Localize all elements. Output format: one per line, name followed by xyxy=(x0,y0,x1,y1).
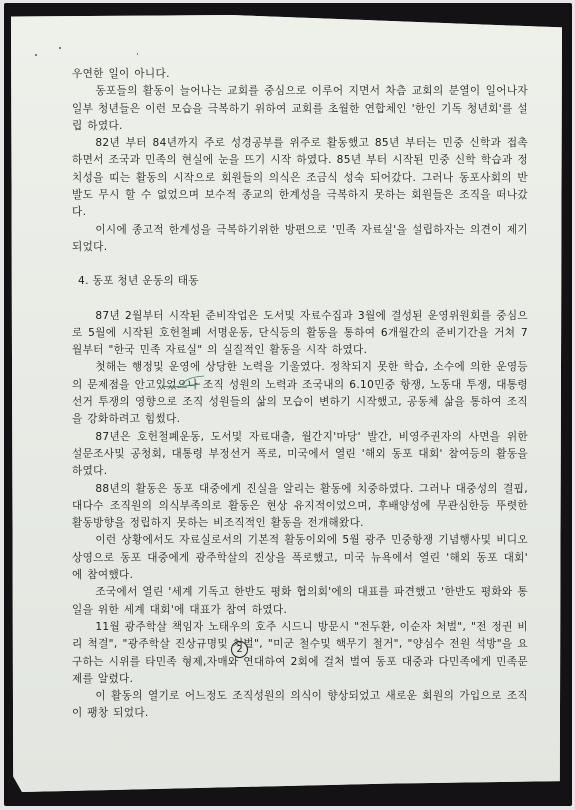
paragraph: 조국에서 열린 '세계 기독고 한반도 평화 협의회'에의 대표를 파견했고 '… xyxy=(72,584,528,619)
paragraph: 87년 2월부터 시작된 준비작업은 도서및 자료수집과 3월에 결성된 운영위… xyxy=(72,308,528,360)
paragraph: 82년 부터 84년까지 주로 성경공부를 위주로 활동했고 85년 부터는 민… xyxy=(72,135,528,221)
paragraph: 이시에 종고적 한계성을 극복하기위한 방편으로 '민족 자료실'을 설립하자는… xyxy=(72,222,528,257)
paragraph: 88년의 활동은 동포 대중에게 진실을 알리는 활동에 치중하였다. 그러나 … xyxy=(72,481,528,533)
page-number: 2 xyxy=(231,641,248,658)
opening-line: 우연한 일이 아니다. xyxy=(72,66,528,83)
dust-speck xyxy=(59,47,61,49)
document-body: 우연한 일이 아니다. 동포들의 활동이 늘어나는 교회를 중심으로 이루어 지… xyxy=(72,66,528,723)
paragraph: 이 활동의 열기로 어느정도 조직성원의 의식이 향상되었고 새로운 회원의 가… xyxy=(72,688,528,723)
paragraph: 이런 상황에서도 자료실로서의 기본적 활동이외에 5월 광주 민중항쟁 기념행… xyxy=(72,532,528,584)
dust-speck xyxy=(137,53,138,55)
paragraph: 첫해는 행정및 운영에 상당한 노력을 기울였다. 정착되지 못한 학습, 소수… xyxy=(72,359,528,428)
paragraph: 동포들의 활동이 늘어나는 교회를 중심으로 이루어 지면서 차츰 교회의 분열… xyxy=(72,83,528,135)
section-heading: 4. 동포 청년 운동의 태동 xyxy=(78,273,528,290)
paragraph: 87년은 호헌철폐운동, 도서및 자료대출, 월간지'마당' 발간, 비영주권자… xyxy=(72,429,528,481)
dust-speck xyxy=(35,54,37,56)
paragraph: 11월 광주학살 책임자 노태우의 호주 시드니 방문시 "전두환, 이순자 처… xyxy=(72,619,528,688)
